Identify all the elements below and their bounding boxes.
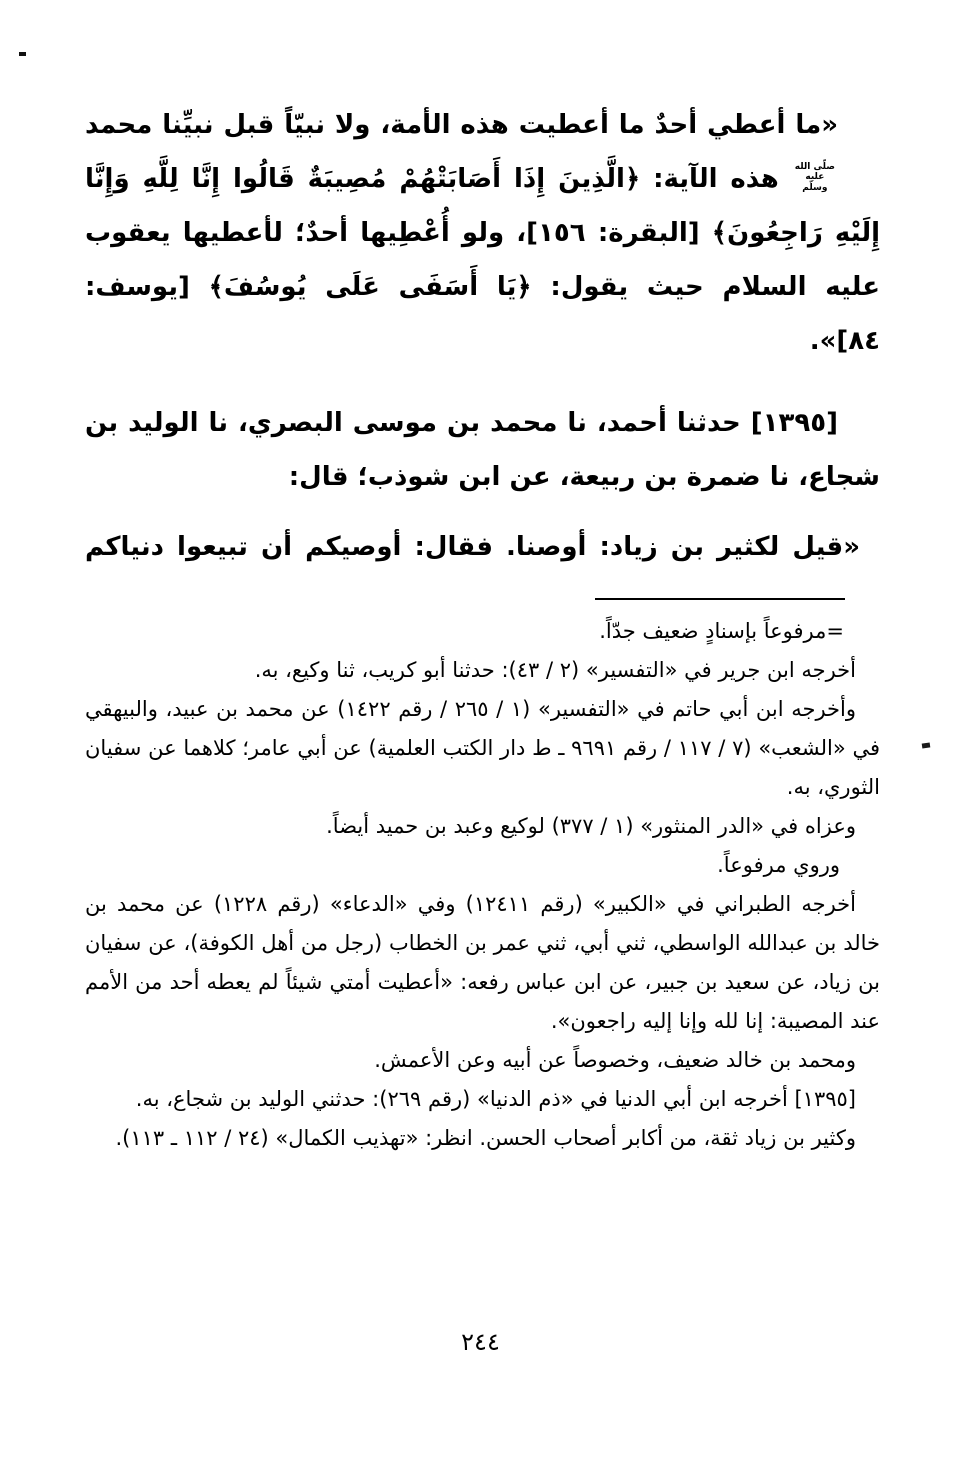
page-content: «ما أعطي أحدٌ ما أعطيت هذه الأمة، ولا نب… — [85, 0, 880, 1158]
scan-artifact-dash — [19, 52, 26, 56]
footnote-takhrij-ibn-abi-hatim: وأخرجه ابن أبي حاتم في «التفسير» (١ / ٢٦… — [85, 690, 880, 807]
footnotes-block: =مرفوعاً بإسنادٍ ضعيف جدّاً. أخرجه ابن ج… — [85, 612, 880, 1158]
footnote-takhrij-tabarani: أخرجه الطبراني في «الكبير» (رقم ١٢٤١١) و… — [85, 885, 880, 1041]
footnote-kathir-ibn-ziyad-note: وكثير بن زياد ثقة، من أكابر أصحاب الحسن.… — [85, 1119, 880, 1158]
main-text-block: «ما أعطي أحدٌ ما أعطيت هذه الأمة، ولا نب… — [85, 0, 880, 574]
hadith-quote-text-start: «ما أعطي أحدٌ ما أعطيت هذه الأمة، ولا نب… — [85, 110, 838, 140]
footnote-marfu-note: وروي مرفوعاً. — [85, 846, 880, 885]
page-number: ٢٤٤ — [0, 1328, 961, 1356]
footnote-takhrij-ibn-jarir: أخرجه ابن جرير في «التفسير» (٢ / ٤٣): حد… — [85, 651, 880, 690]
saw-calligraphy-symbol: صلّى الله عليه وسلّم — [795, 162, 877, 193]
footnote-separator — [595, 598, 845, 600]
book-page: «ما أعطي أحدٌ ما أعطيت هذه الأمة، ولا نب… — [0, 0, 961, 1480]
isnad-paragraph: [١٣٩٥] حدثنا أحمد، نا محمد بن موسى البصر… — [85, 396, 880, 504]
footnote-weakness-note: ومحمد بن خالد ضعيف، وخصوصاً عن أبيه وعن … — [85, 1041, 880, 1080]
footnote-continuation-line: =مرفوعاً بإسنادٍ ضعيف جدّاً. — [85, 612, 880, 651]
matn-quote-paragraph: «قيل لكثير بن زياد: أوصنا. فقال: أوصيكم … — [85, 520, 880, 574]
hadith-quote-paragraph: «ما أعطي أحدٌ ما أعطيت هذه الأمة، ولا نب… — [85, 98, 880, 368]
hadith-quote-text-end: هذه الآية: ﴿الَّذِينَ إِذَا أَصَابَتْهُم… — [85, 164, 880, 356]
saw-line-1: صلّى الله — [795, 162, 877, 172]
footnote-takhrij-ibn-abi-dunya: [١٣٩٥] أخرجه ابن أبي الدنيا في «ذم الدني… — [85, 1080, 880, 1119]
saw-line-3: وسلّم — [795, 183, 877, 193]
saw-line-2: عليه — [795, 172, 877, 182]
scan-artifact-speck — [922, 742, 931, 748]
footnote-attribution-durr-manthur: وعزاه في «الدر المنثور» (١ / ٣٧٧) لوكيع … — [85, 807, 880, 846]
